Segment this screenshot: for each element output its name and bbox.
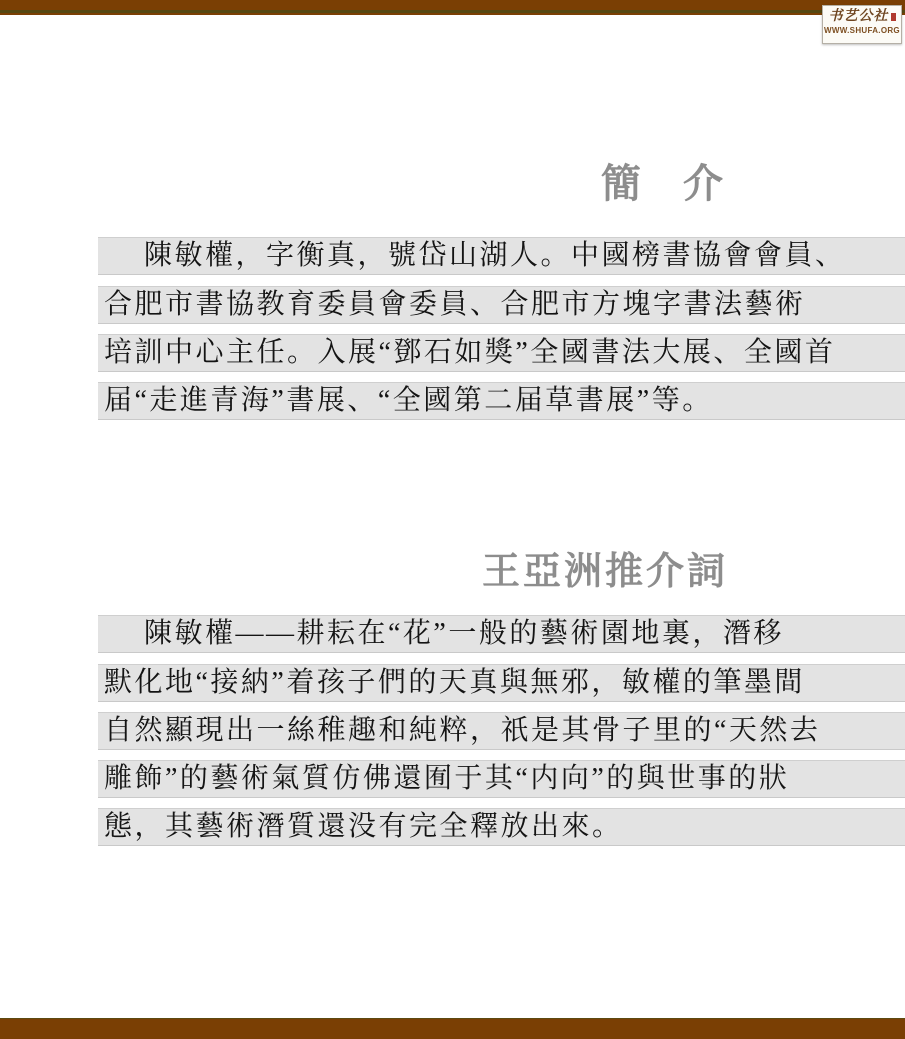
intro-section-title: 簡 介 <box>601 152 724 209</box>
recommendation-text-line: 默化地“接納”着孩子們的天真與無邪，敏權的筆墨間 <box>98 664 905 702</box>
seal-icon <box>891 13 896 21</box>
bottom-brand-bar <box>0 1018 905 1039</box>
intro-text-line: 届“走進青海”書展、“全國第二届草書展”等。 <box>98 382 905 420</box>
recommendation-text-line: 自然顯現出一絲稚趣和純粹，祇是其骨子里的“天然去 <box>98 712 905 750</box>
recommendation-section-title: 王亞洲推介詞 <box>482 540 728 595</box>
logo-calligraphy-text: 书艺公社 <box>829 9 889 24</box>
document-page: 书艺公社 WWW.SHUFA.ORG 簡 介 陳敏權，字衡真，號岱山湖人。中國榜… <box>0 0 905 1039</box>
shufa-logo-plaque: 书艺公社 WWW.SHUFA.ORG <box>822 5 902 44</box>
top-brand-bar <box>0 0 905 15</box>
intro-text-line: 陳敏權，字衡真，號岱山湖人。中國榜書協會會員、 <box>98 237 905 275</box>
shufa-calligraphy-logo: 书艺公社 <box>823 9 901 25</box>
recommendation-text-line: 態，其藝術潛質還没有完全釋放出來。 <box>98 808 905 846</box>
recommendation-text-line: 陳敏權——耕耘在“花”一般的藝術園地裏，潛移 <box>98 615 905 653</box>
intro-text-line: 培訓中心主任。入展“鄧石如獎”全國書法大展、全國首 <box>98 334 905 372</box>
intro-text-line: 合肥市書協教育委員會委員、合肥市方塊字書法藝術 <box>98 286 905 324</box>
logo-url-text: WWW.SHUFA.ORG <box>823 25 901 36</box>
recommendation-text-line: 雕飾”的藝術氣質仿佛還囿于其“内向”的與世事的狀 <box>98 760 905 798</box>
